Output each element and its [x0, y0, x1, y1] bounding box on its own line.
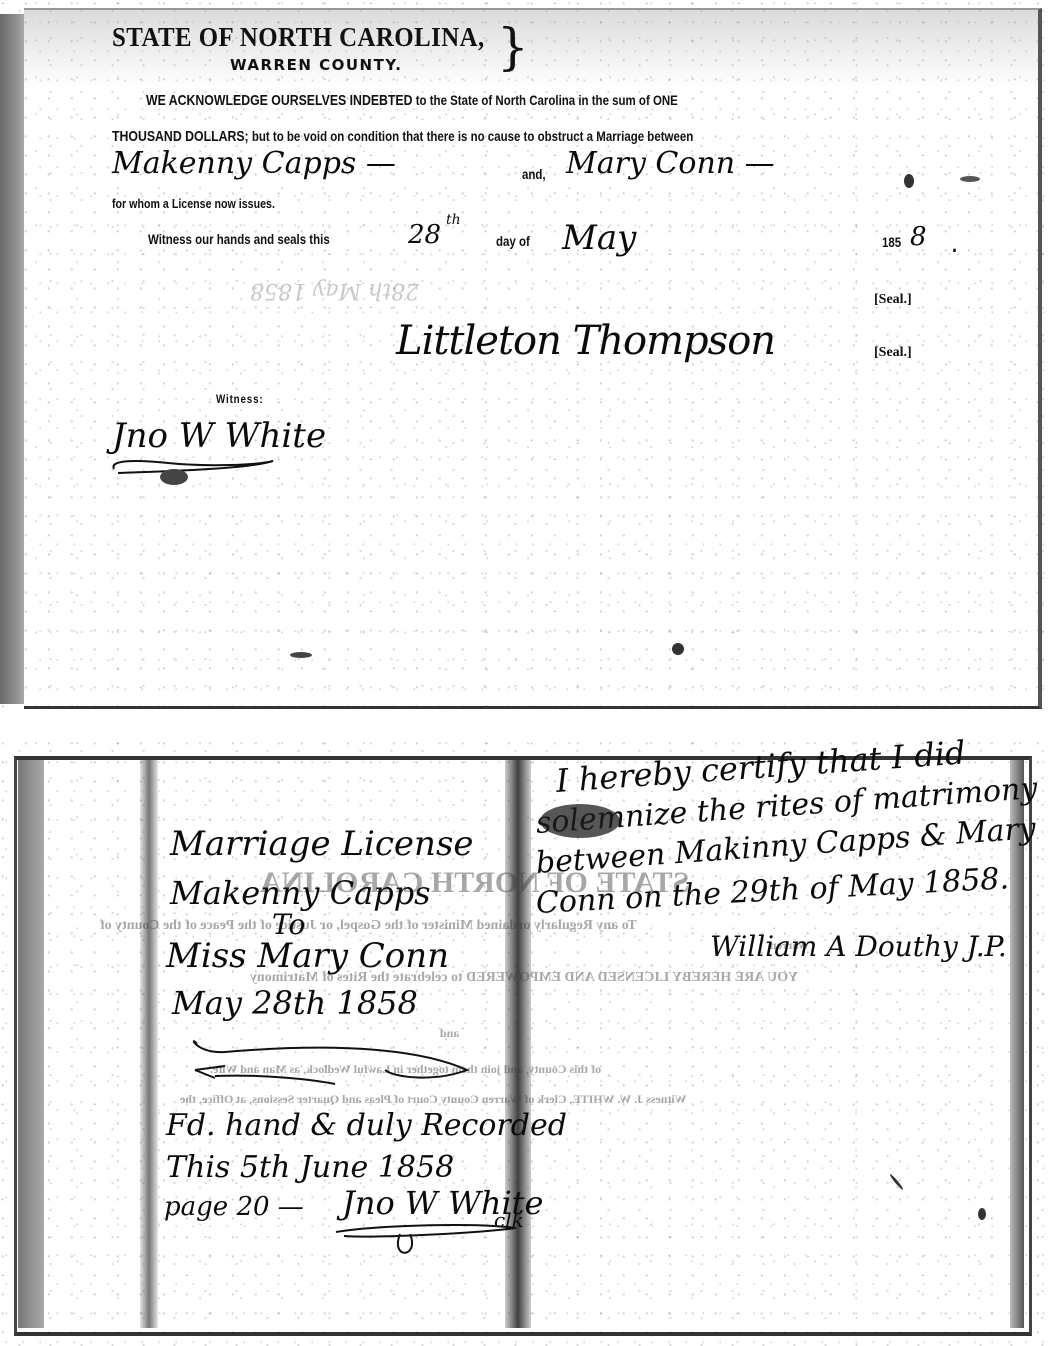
- witness-label: Witness:: [216, 392, 263, 406]
- ink-spot: [290, 652, 312, 658]
- header-brace: }: [497, 22, 529, 72]
- day-handwritten: 28: [408, 220, 441, 250]
- year-period: .: [952, 232, 957, 258]
- ink-spot: [960, 176, 980, 182]
- header-state: STATE OF NORTH CAROLINA,: [112, 22, 485, 53]
- day-of-label: day of: [496, 233, 530, 249]
- witness-signature-flourish: [108, 455, 298, 487]
- ink-spot: [672, 643, 684, 655]
- thousand-dollars-caps: THOUSAND DOLLARS;: [112, 128, 249, 145]
- left-edge-shadow: [18, 760, 44, 1328]
- bride-name-handwritten: Mary Conn —: [566, 146, 775, 181]
- docket-bride: Miss Mary Conn: [166, 936, 449, 976]
- seal-marker-1: [Seal.]: [874, 292, 912, 308]
- docket-title: Marriage License: [170, 824, 474, 864]
- docket-flourish: [185, 1030, 485, 1090]
- month-handwritten: May: [562, 218, 636, 258]
- binding-edge-shadow: [0, 14, 24, 704]
- filed-recorded-line: Fd. hand & duly Recorded: [166, 1108, 567, 1143]
- ink-spot: [978, 1208, 986, 1220]
- bond-text-line-1: WE ACKNOWLEDGE OURSELVES INDEBTED to the…: [146, 92, 678, 109]
- justice-signature: William A Douthy J.P.: [710, 930, 1007, 963]
- page-reference: page 20 —: [164, 1192, 304, 1222]
- bond-text-line-2: THOUSAND DOLLARS; but to be void on cond…: [112, 128, 693, 145]
- docket-groom: Makenny Capps: [170, 874, 431, 912]
- fold-shadow-1: [140, 760, 158, 1328]
- marriage-license-back-document: STATE OF NORTH CAROLINA To any Regularly…: [0, 740, 1050, 1346]
- ink-spot: [904, 174, 914, 188]
- bleed-through-line-6: Witness J. W. WHITE, Clerk of Warren Cou…: [180, 1092, 687, 1107]
- seal-marker-2: [Seal.]: [874, 345, 912, 361]
- day-suffix-handwritten: th: [446, 212, 461, 228]
- and-label: and,: [522, 166, 546, 182]
- license-issues-text: for whom a License now issues.: [112, 196, 275, 211]
- filed-date-line: This 5th June 1858: [166, 1150, 454, 1185]
- marriage-bond-document: STATE OF NORTH CAROLINA, } WARREN COUNTY…: [0, 0, 1050, 708]
- witness-signature: Jno W White: [112, 416, 326, 456]
- groom-name-handwritten: Makenny Capps —: [112, 146, 396, 181]
- acknowledge-caps: WE ACKNOWLEDGE OURSELVES INDEBTED: [146, 92, 413, 109]
- year-digit-handwritten: 8: [910, 222, 927, 252]
- ink-blot-strikeout: [540, 804, 620, 838]
- void-condition-text: but to be void on condition that there i…: [252, 128, 693, 144]
- faint-reverse-date-note: 28th May 1858: [250, 278, 419, 303]
- witness-hands-prefix: Witness our hands and seals this: [148, 231, 330, 247]
- acknowledge-rest: to the State of North Carolina in the su…: [416, 92, 678, 108]
- bleed-through-line-1: To any Regularly ordained Minister of th…: [100, 918, 637, 934]
- year-printed: 185: [882, 234, 901, 250]
- docket-date: May 28th 1858: [172, 984, 418, 1022]
- header-county: WARREN COUNTY.: [230, 56, 402, 74]
- principal-signature: Littleton Thompson: [396, 318, 775, 364]
- clerk-flourish: [330, 1220, 530, 1260]
